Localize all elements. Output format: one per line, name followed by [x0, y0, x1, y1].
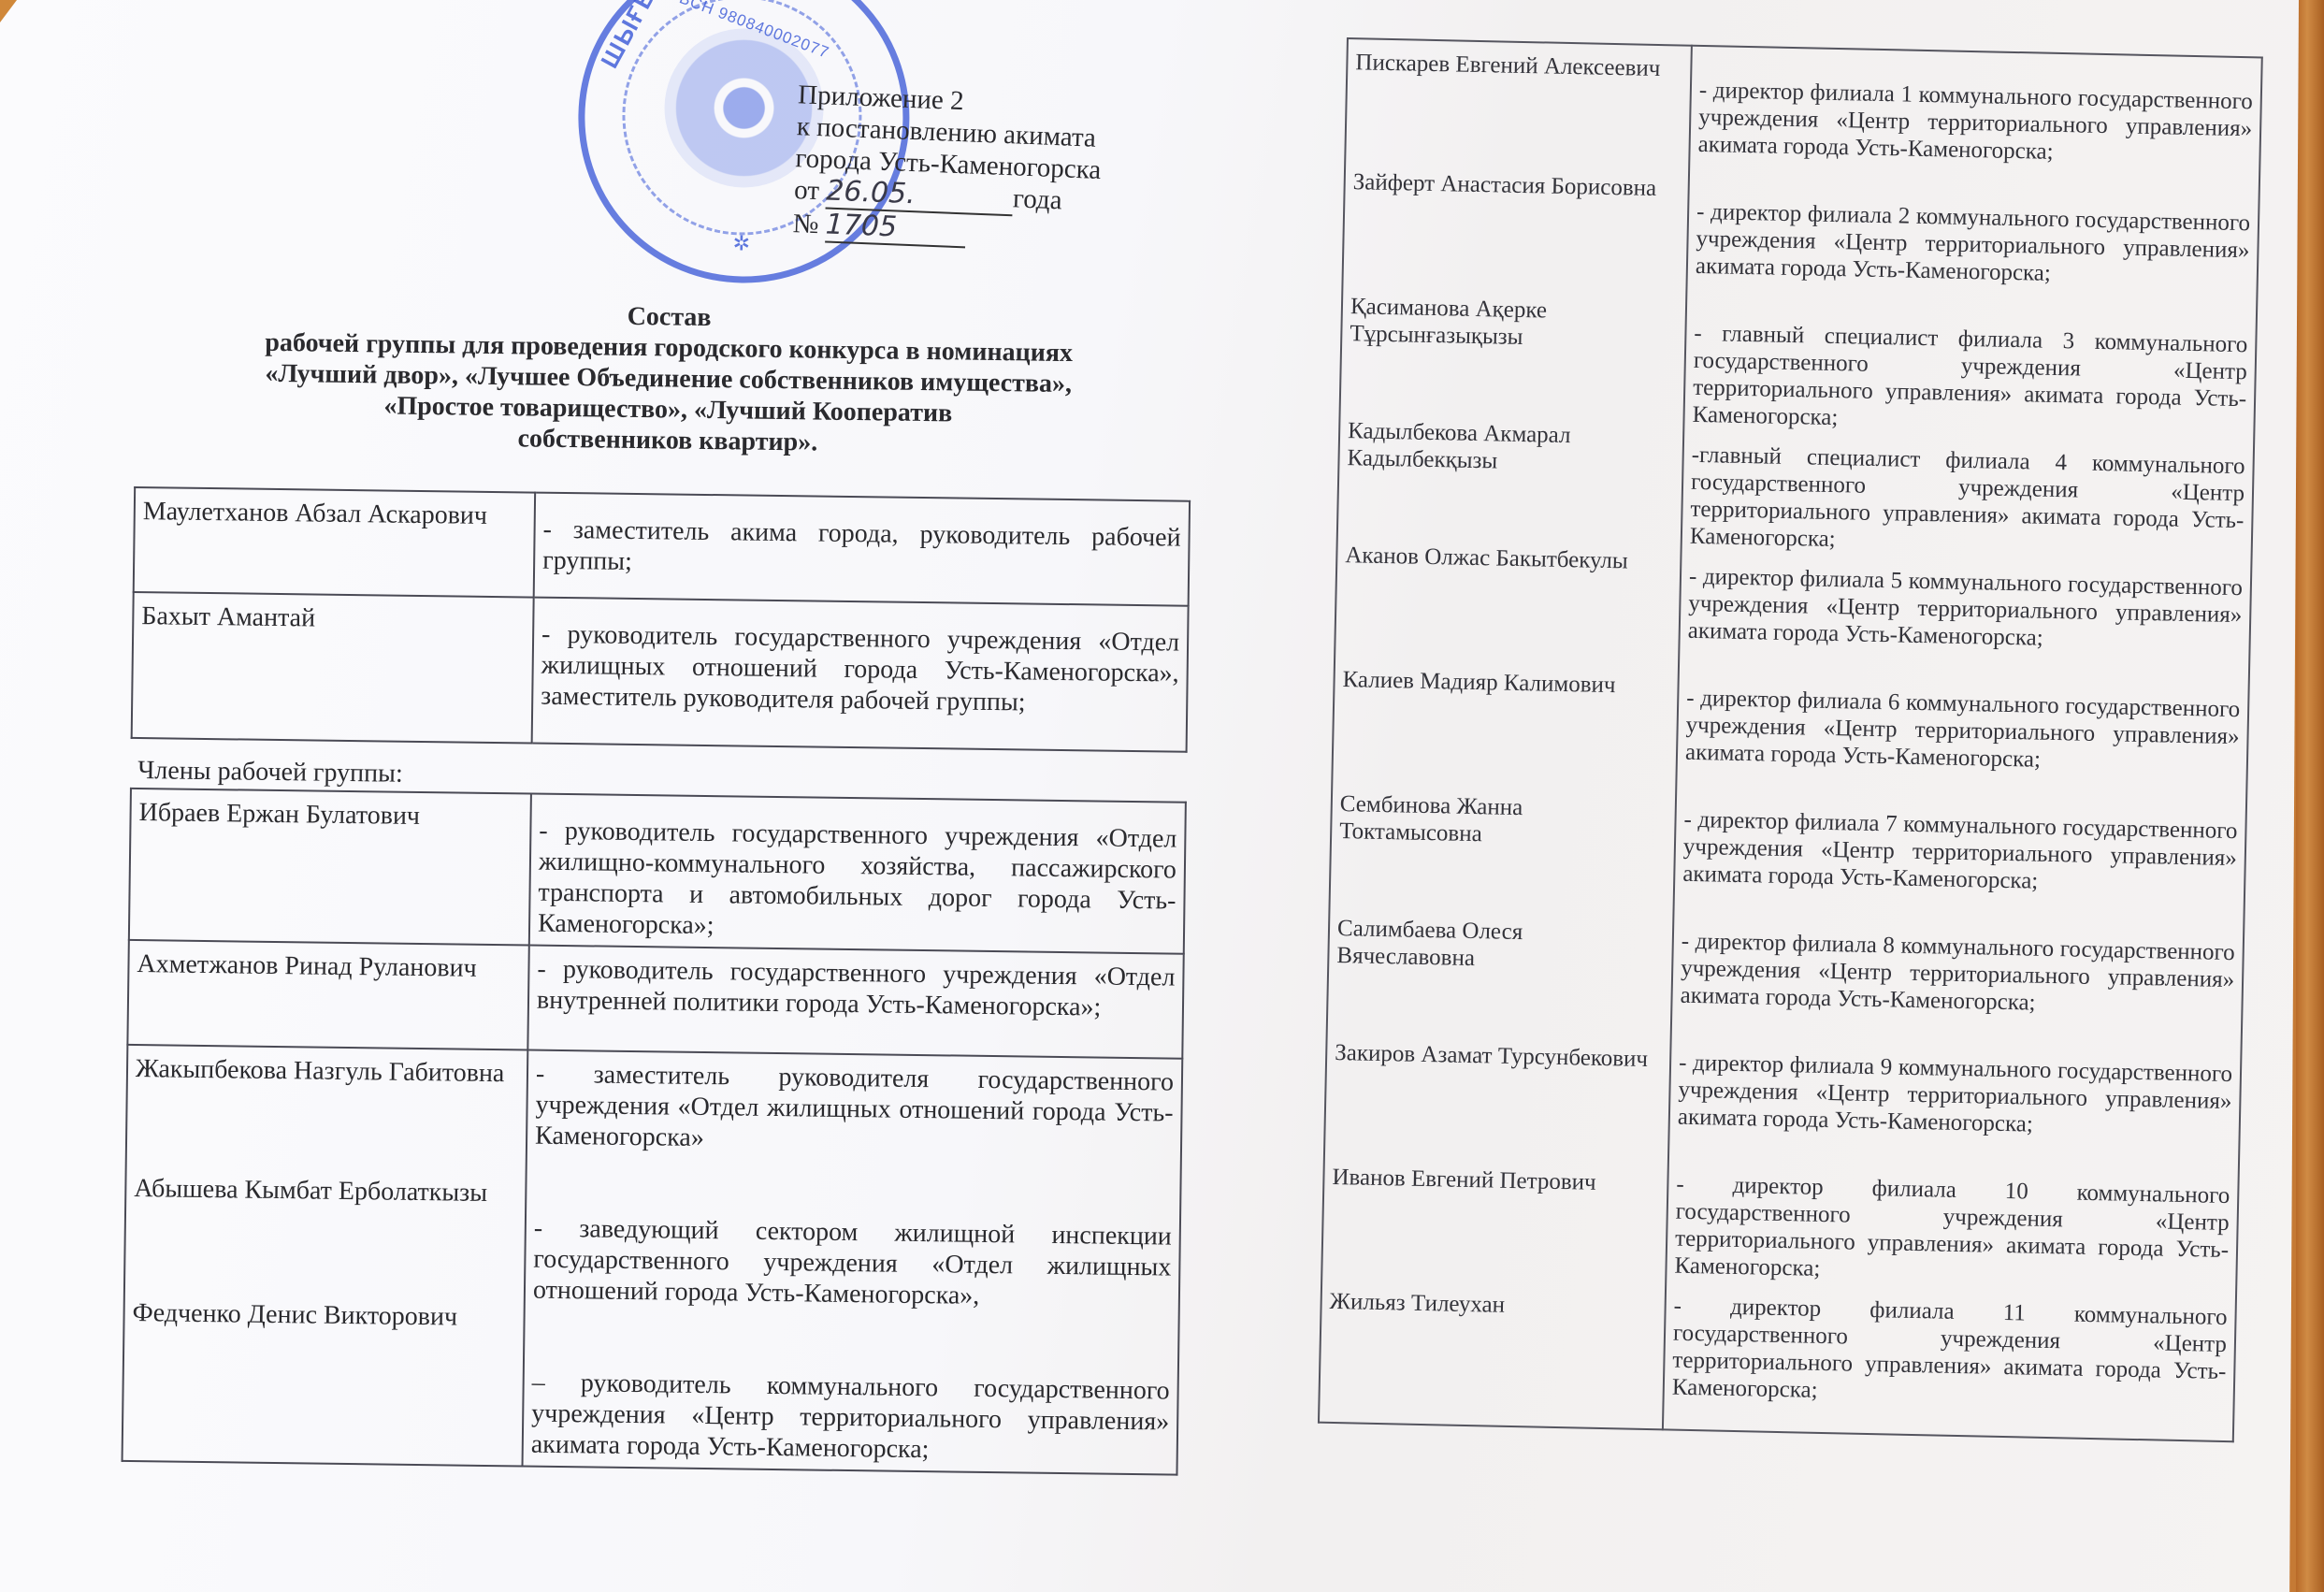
- member-role-text: - директор филиала 10 коммунального госу…: [1674, 1171, 2230, 1304]
- member-role: - руководитель государственного учрежден…: [527, 946, 1183, 1059]
- number-field: 1705: [825, 209, 966, 248]
- member-name: Салимбаева Олеся Вячеславовна: [1335, 915, 1666, 1046]
- stamp-star-icon: ✲: [732, 231, 750, 255]
- member-role-text: - директор филиала 11 коммунального госу…: [1671, 1293, 2228, 1426]
- member-role-text: - руководитель государственного учрежден…: [538, 816, 1177, 948]
- member-name: Жакыпбекова Назгуль Габитовна: [136, 1053, 519, 1089]
- member-role-text: - директор филиала 6 коммунального госуд…: [1684, 685, 2241, 818]
- member-role-text: - директор филиала 9 коммунального госуд…: [1677, 1049, 2233, 1182]
- member-names-cell: Жакыпбекова Назгуль Габитовна Абышева Кы…: [123, 1045, 528, 1467]
- member-name: Закиров Азамат Турсунбекович: [1333, 1039, 1663, 1170]
- member-role-text: - заместитель акима города, руководитель…: [542, 514, 1181, 585]
- member-name: Абышева Кымбат Ерболаткызы: [134, 1173, 517, 1208]
- member-role: - руководитель государственного учрежден…: [529, 794, 1186, 954]
- member-name: Федченко Денис Викторович: [132, 1297, 515, 1333]
- left-page: ШЫҒЫС ҚАЗАҚСТАН ОБЛЫСЫ ӨСКЕМЕН ҚАЛАСЫ ӘК…: [121, 0, 1206, 1529]
- member-role-text: - директор филиала 1 коммунального госуд…: [1696, 56, 2253, 210]
- member-role-text: - главный специалист филиала 3 коммуналь…: [1692, 320, 2248, 453]
- member-role-text: - директор филиала 2 коммунального госуд…: [1695, 198, 2251, 331]
- member-name: Калиев Мадияр Калимович: [1340, 666, 1670, 797]
- member-name: Пискарев Евгений Алексеевич: [1353, 49, 1683, 175]
- handwritten-number: 1705: [825, 208, 898, 243]
- member-name: Кадылбекова Акмарал Кадылбекқызы: [1346, 417, 1676, 548]
- table-row: Ибраев Ержан Булатович - руководитель го…: [129, 789, 1186, 954]
- branch-members-table: Пискарев Евгений Алексеевич Зайферт Анас…: [1318, 37, 2263, 1442]
- members-table: Ибраев Ержан Булатович - руководитель го…: [122, 788, 1187, 1476]
- member-role-text: - директор филиала 8 коммунального госуд…: [1679, 928, 2235, 1061]
- member-name: Бахыт Амантай: [132, 592, 534, 744]
- member-role: - заместитель акима города, руководитель…: [534, 493, 1190, 606]
- appendix-header: Приложение 2 к постановлению акимата гор…: [792, 79, 1104, 253]
- document-title: Состав рабочей группы для проведения гор…: [135, 295, 1203, 463]
- table-row: Маулетханов Абзал Аскарович - заместител…: [134, 487, 1190, 606]
- member-role-text: - руководитель государственного учрежден…: [541, 619, 1179, 720]
- member-name: Зайферт Анастасия Борисовна: [1350, 168, 1681, 299]
- number-prefix: №: [792, 209, 819, 239]
- branch-roles-cell: - директор филиала 1 коммунального госуд…: [1663, 46, 2262, 1441]
- date-suffix: года: [1013, 183, 1063, 215]
- handwritten-date: 26.05.: [826, 174, 917, 210]
- member-name: Ибраев Ержан Булатович: [129, 789, 531, 946]
- members-section-label: Члены рабочей группы:: [137, 756, 403, 789]
- table-row: Пискарев Евгений Алексеевич Зайферт Анас…: [1319, 38, 2262, 1441]
- member-role-text: -главный специалист филиала 4 коммунальн…: [1689, 441, 2245, 574]
- member-role-text: - директор филиала 5 коммунального госуд…: [1687, 563, 2244, 696]
- member-name: Иванов Евгений Петрович: [1330, 1164, 1660, 1295]
- member-role-text: - заместитель руководителя государственн…: [535, 1059, 1174, 1160]
- member-name: Маулетханов Абзал Аскарович: [134, 487, 535, 598]
- member-role-text: - заведующий сектором жилищной инспекции…: [533, 1213, 1172, 1314]
- member-name: Ахметжанов Ринад Руланович: [127, 940, 528, 1050]
- member-roles-cell: - заместитель руководителя государственн…: [523, 1050, 1183, 1475]
- date-prefix: от: [794, 175, 820, 206]
- table-row: Бахыт Амантай - руководитель государстве…: [132, 592, 1189, 752]
- member-name: Аканов Олжас Бакытбекулы: [1343, 542, 1673, 673]
- member-role-text: - директор филиала 7 коммунального госуд…: [1682, 806, 2238, 939]
- member-role: - руководитель государственного учрежден…: [532, 598, 1189, 752]
- member-name: Жильяз Тилеухан: [1327, 1288, 1657, 1419]
- right-page: Пискарев Евгений Алексеевич Зайферт Анас…: [1315, 37, 2282, 1572]
- wooden-table-background: [2296, 0, 2324, 1592]
- branch-names-cell: Пискарев Евгений Алексеевич Зайферт Анас…: [1319, 38, 1692, 1429]
- member-role-text: – руководитель коммунального государстве…: [531, 1368, 1170, 1469]
- table-row: Ахметжанов Ринад Руланович - руководител…: [127, 940, 1183, 1059]
- member-name: Қасиманова Ақерке Тұрсынғазықызы: [1348, 293, 1678, 424]
- leadership-table: Маулетханов Абзал Аскарович - заместител…: [131, 486, 1191, 753]
- table-row: Жакыпбекова Назгуль Габитовна Абышева Кы…: [123, 1045, 1183, 1475]
- member-name: Сембинова Жанна Токтамысовна: [1337, 790, 1667, 921]
